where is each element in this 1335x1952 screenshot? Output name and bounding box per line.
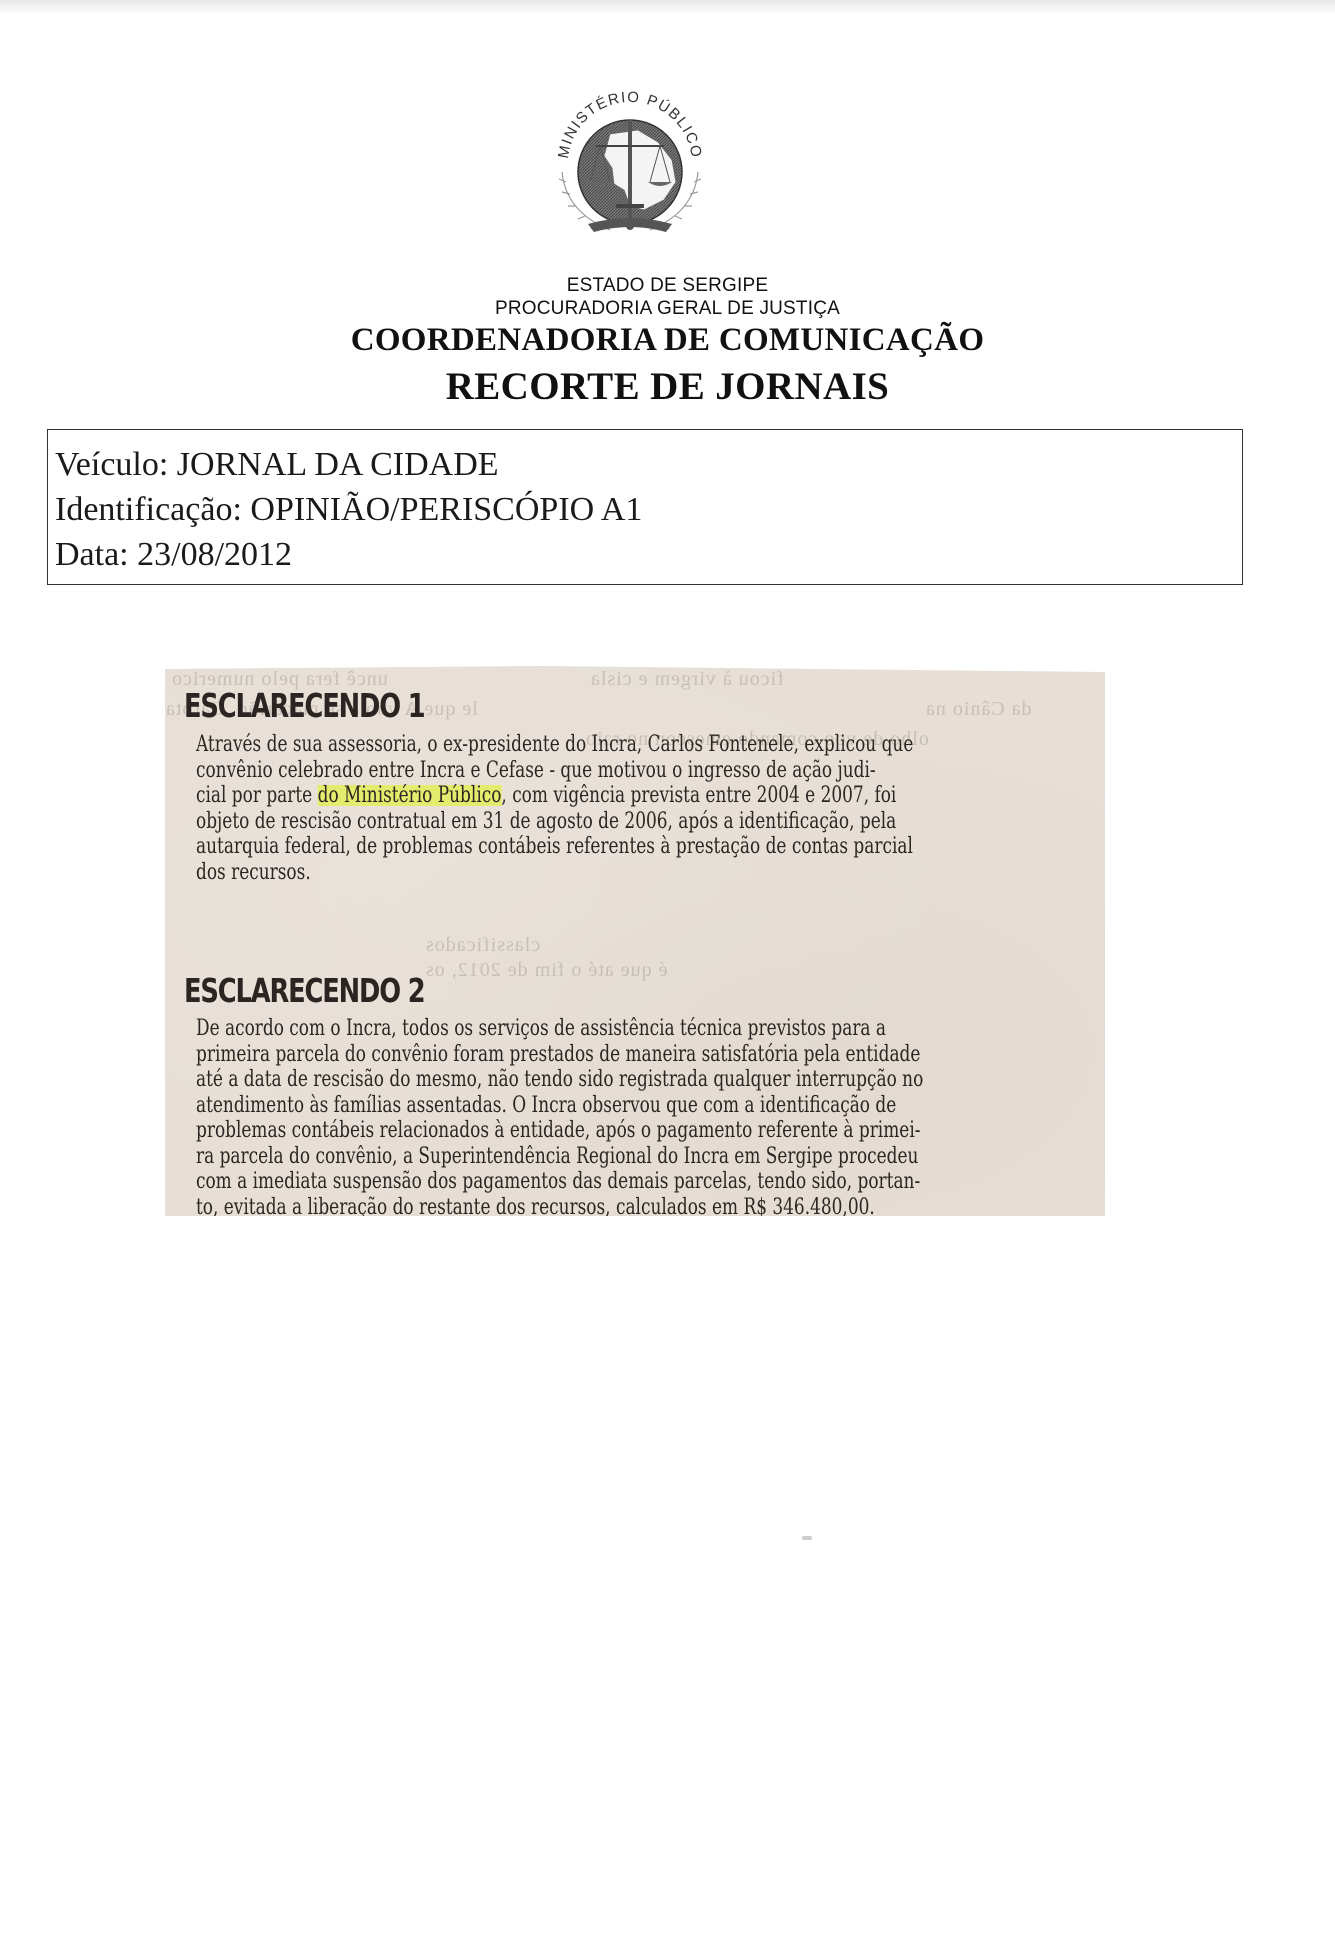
section-title-1: ESCLARECENDO 1	[184, 686, 424, 725]
bleed-through-text: é que até o fim de 2012, os	[425, 959, 668, 982]
bleed-through-text: da Cânio na	[925, 698, 1032, 721]
body-line: De acordo com o Incra, todos os serviços…	[196, 1016, 904, 1042]
bleed-through-text: ficou à virgem e cisla	[590, 668, 784, 691]
scan-edge-shade	[0, 0, 1335, 14]
header-state: ESTADO DE SERGIPE	[0, 275, 1335, 297]
date-field: Data: 23/08/2012	[55, 532, 1242, 577]
ministerio-publico-seal-icon: MINISTÉRIO PÚBLICO	[540, 72, 720, 252]
body-line: até a data de rescisão do mesmo, não ten…	[196, 1067, 904, 1093]
body-line: dos recursos.	[196, 860, 904, 886]
body-line: autarquia federal, de problemas contábei…	[196, 834, 904, 860]
body-text-span: , com vigência prevista entre 2004 e 200…	[501, 783, 896, 808]
identification-field: Identificação: OPINIÃO/PERISCÓPIO A1	[55, 487, 1242, 532]
body-line: problemas contábeis relacionados à entid…	[196, 1118, 904, 1144]
body-line: atendimento às famílias assentadas. O In…	[196, 1093, 904, 1119]
body-line: com a imediata suspensão dos pagamentos …	[196, 1169, 904, 1195]
bleed-through-text: classificados	[425, 934, 540, 957]
body-line: cial por parte do Ministério Público, co…	[196, 783, 904, 809]
body-text-span: cial por parte	[196, 783, 318, 808]
vehicle-field: Veículo: JORNAL DA CIDADE	[55, 442, 1242, 487]
clipping-info-box: Veículo: JORNAL DA CIDADE Identificação:…	[47, 429, 1243, 585]
header-agency: PROCURADORIA GERAL DE JUSTIÇA	[0, 298, 1335, 320]
section-body-1: Através de sua assessoria, o ex-presiden…	[196, 732, 904, 885]
scan-speck	[802, 1536, 812, 1540]
body-line: ra parcela do convênio, a Superintendênc…	[196, 1144, 904, 1170]
document-title: RECORTE DE JORNAIS	[0, 364, 1335, 409]
body-line: to, evitada a liberação do restante dos …	[196, 1195, 904, 1221]
highlighted-text: do Ministério Público	[318, 783, 502, 808]
body-line: Através de sua assessoria, o ex-presiden…	[196, 732, 904, 758]
body-line: primeira parcela do convênio foram prest…	[196, 1042, 904, 1068]
body-line: objeto de rescisão contratual em 31 de a…	[196, 809, 904, 835]
section-body-2: De acordo com o Incra, todos os serviços…	[196, 1016, 904, 1220]
section-title-2: ESCLARECENDO 2	[184, 971, 424, 1010]
newspaper-clipping: uncê fera pelo numerico ficou à virgem e…	[165, 666, 1105, 1216]
header-department: COORDENADORIA DE COMUNICAÇÃO	[0, 322, 1335, 359]
body-line: convênio celebrado entre Incra e Cefase …	[196, 758, 904, 784]
